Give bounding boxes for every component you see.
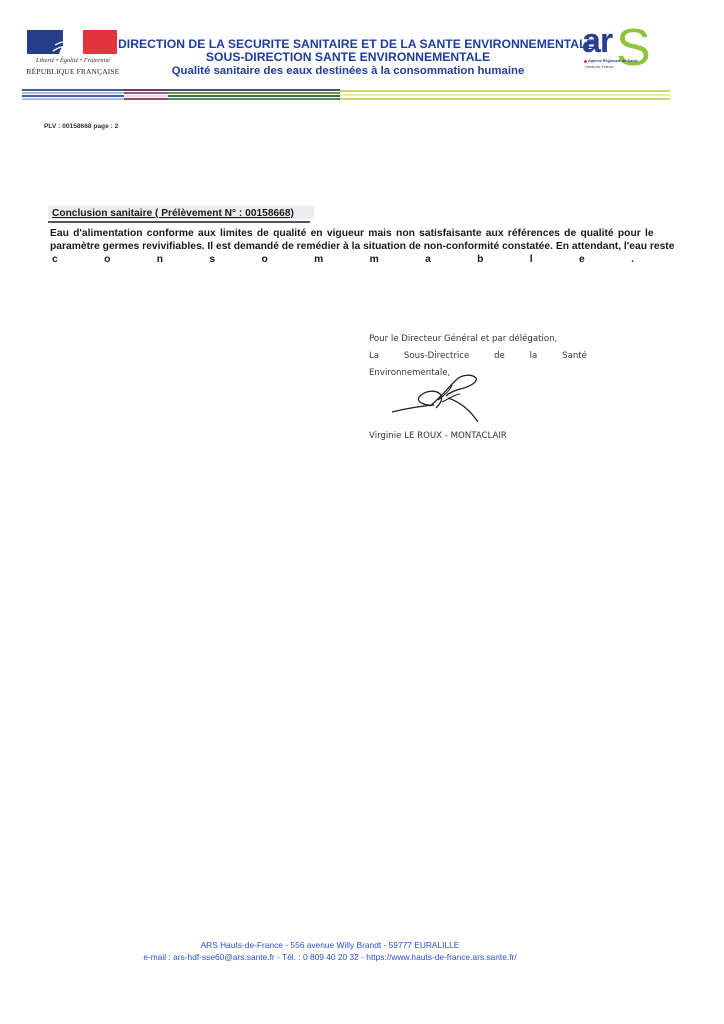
signature-role-word: Sous-Directrice [404,348,469,365]
handwritten-signature-icon [390,372,500,424]
conclusion-line-1: Eau d'alimentation conforme aux limites … [50,228,680,241]
ars-logo-s: S [616,18,651,78]
republique-francaise-text: RÉPUBLIQUE FRANÇAISE [25,67,121,76]
conclusion-title: Conclusion sanitaire ( Prélèvement N° : … [48,206,314,219]
justified-letter: m [314,254,323,267]
justified-letter: o [104,254,110,267]
red-dot-icon [584,60,587,63]
signature-role-line: LaSous-DirectricedelaSanté [369,348,587,365]
conclusion-body: Eau d'alimentation conforme aux limites … [50,228,680,266]
band-yellow [340,89,670,101]
band-purple [124,89,168,101]
band-blue [22,89,124,101]
marianne-flag-icon [27,30,117,54]
conclusion-title-underline [48,221,310,223]
justified-letter: e [579,254,585,267]
justified-letter: c [52,254,58,267]
justified-letter: . [631,254,634,267]
signature-role-word: de [494,348,505,365]
document-header: DIRECTION DE LA SECURITE SANITAIRE ET DE… [118,38,578,78]
ars-logo-ar: ar [582,22,612,61]
signature-role-word: Santé [562,348,587,365]
conclusion-line-3: consommable. [52,254,634,267]
republique-francaise-logo: Liberté • Égalité • Fraternité RÉPUBLIQU… [25,30,121,80]
signer-name: Virginie LE ROUX - MONTACLAIR [369,431,507,441]
signature-role-word: la [530,348,538,365]
footer-contact: e-mail : ars-hdf-sse60@ars.sante.fr - Té… [60,951,600,963]
header-subtitle: Qualité sanitaire des eaux destinées à l… [118,64,578,78]
ars-region-text: Hauts-de-France [585,65,614,69]
signature-role-word: La [369,348,379,365]
justified-letter: l [530,254,533,267]
justified-letter: o [261,254,267,267]
page-footer: ARS Hauts-de-France - 556 avenue Willy B… [60,939,600,963]
header-title-subdirection: SOUS-DIRECTION SANTE ENVIRONNEMENTALE [118,51,578,64]
ars-agency-text: Agence Régionale de Santé [584,59,638,63]
justified-letter: s [209,254,215,267]
justified-letter: b [477,254,483,267]
motto-text: Liberté • Égalité • Fraternité [25,57,121,64]
justified-letter: a [425,254,431,267]
header-rule-bands [22,89,670,101]
footer-address: ARS Hauts-de-France - 556 avenue Willy B… [60,939,600,951]
plv-page-reference: PLV : 00158668 page : 2 [44,123,118,130]
justified-letter: m [370,254,379,267]
justified-letter: n [157,254,163,267]
ars-logo: ar S Agence Régionale de Santé Hauts-de-… [582,30,652,80]
band-green [168,89,340,101]
conclusion-line-2: paramètre germes revivifiables. Il est d… [50,241,680,254]
signature-delegation-line: Pour le Directeur Général et par délégat… [369,331,587,348]
